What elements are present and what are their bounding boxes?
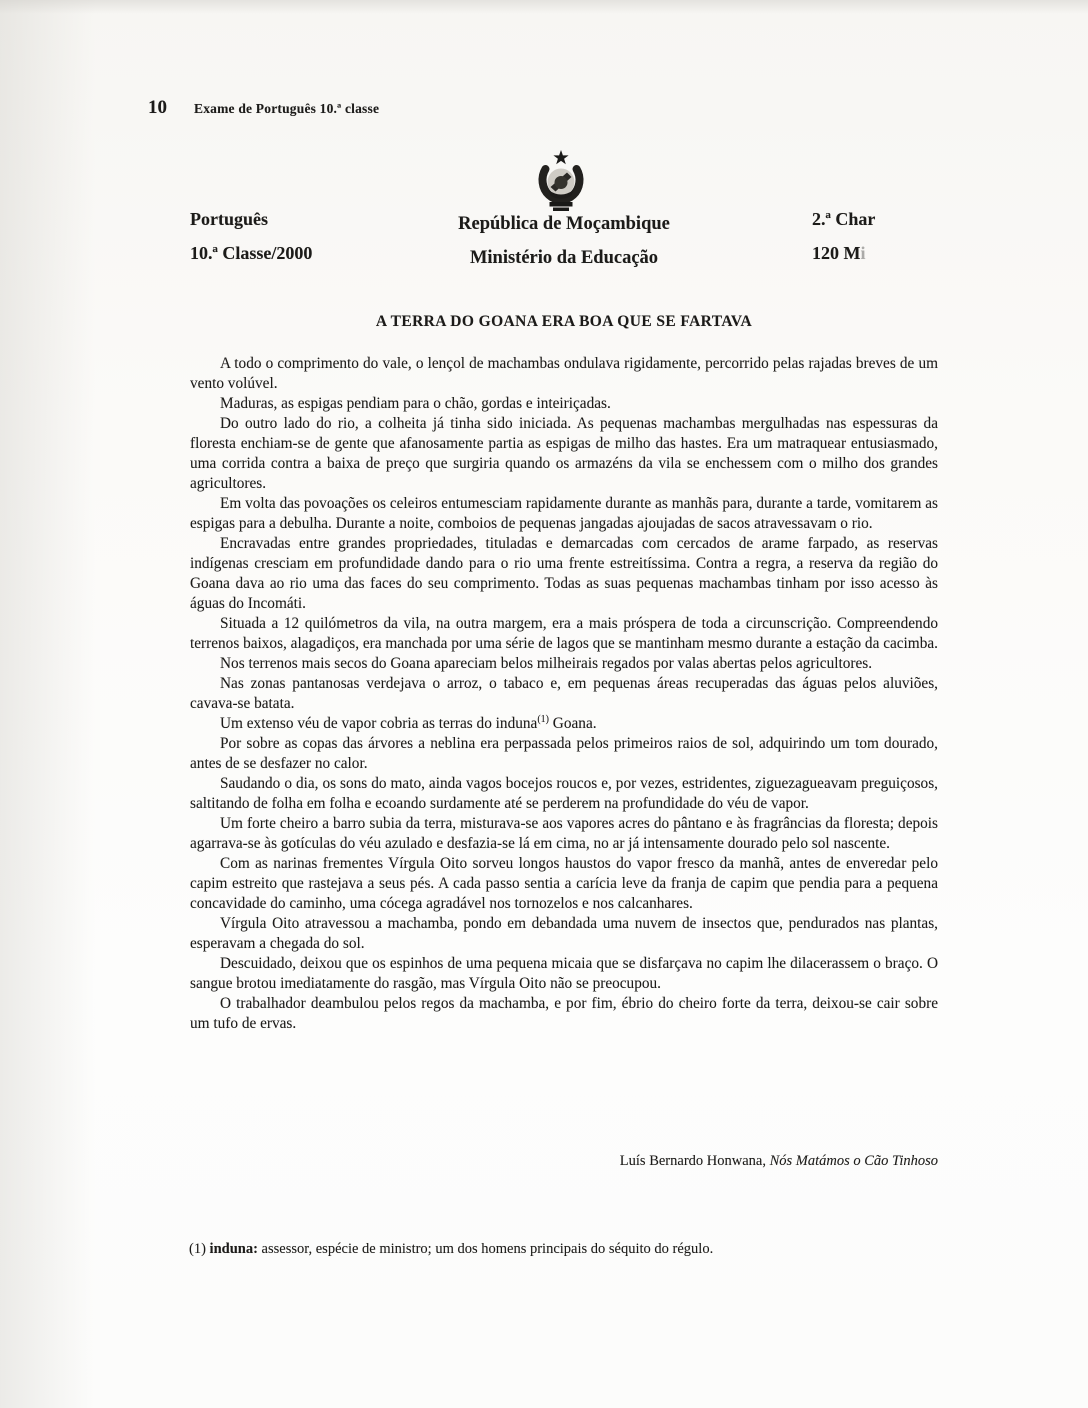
body-paragraph: Do outro lado do rio, a colheita já tinh… [190,414,938,494]
footnote-term: induna: [210,1241,258,1257]
faded-letter: i [861,243,866,263]
scanned-exam-page: 10 Exame de Português 10.ª classe Portug… [0,0,1088,1408]
body-paragraph: Nos terrenos mais secos do Goana apareci… [190,654,938,674]
duration-label: 120 Mi [812,236,875,270]
attribution-author: Luís Bernardo Honwana, [620,1153,770,1169]
body-paragraph: Saudando o dia, os sons do mato, ainda v… [190,774,938,814]
body-paragraph: Encravadas entre grandes propriedades, t… [190,534,938,614]
running-header-title: Exame de Português 10.ª classe [194,101,379,117]
body-paragraph: Situada a 12 quilómetros da vila, na out… [190,614,938,654]
running-header: 10 Exame de Português 10.ª classe [148,97,379,119]
reading-passage: A todo o comprimento do vale, o lençol d… [190,354,938,1034]
page-number: 10 [148,97,167,119]
mozambique-coat-of-arms-icon [537,149,585,213]
attribution-work-title: Nós Matámos o Cão Tinhoso [770,1153,938,1169]
body-paragraph: O trabalhador deambulou pelos regos da m… [190,994,938,1034]
body-paragraph: A todo o comprimento do vale, o lençol d… [190,354,938,394]
body-paragraph: Em volta das povoações os celeiros entum… [190,494,938,534]
body-paragraph: Por sobre as copas das árvores a neblina… [190,734,938,774]
footnote: (1) induna: assessor, espécie de ministr… [189,1241,951,1258]
body-paragraph: Nas zonas pantanosas verdejava o arroz, … [190,674,938,714]
passage-title: A TERRA DO GOANA ERA BOA QUE SE FARTAVA [190,313,938,331]
exam-header-right: 2.ª Char 120 Mi [812,202,875,270]
body-paragraph: Vírgula Oito atravessou a machamba, pond… [190,914,938,954]
footnote-marker: (1) [189,1241,210,1257]
body-paragraph: Maduras, as espigas pendiam para o chão,… [190,394,938,414]
exam-call-label: 2.ª Char [812,202,875,236]
attribution: Luís Bernardo Honwana, Nós Matámos o Cão… [190,1153,938,1170]
body-paragraph: Um extenso véu de vapor cobria as terras… [190,714,938,734]
body-paragraph: Descuidado, deixou que os espinhos de um… [190,954,938,994]
footnote-ref: (1) [537,714,549,725]
body-paragraph: Um forte cheiro a barro subia da terra, … [190,814,938,854]
body-paragraph: Com as narinas frementes Vírgula Oito so… [190,854,938,914]
footnote-definition: assessor, espécie de ministro; um dos ho… [258,1241,713,1257]
